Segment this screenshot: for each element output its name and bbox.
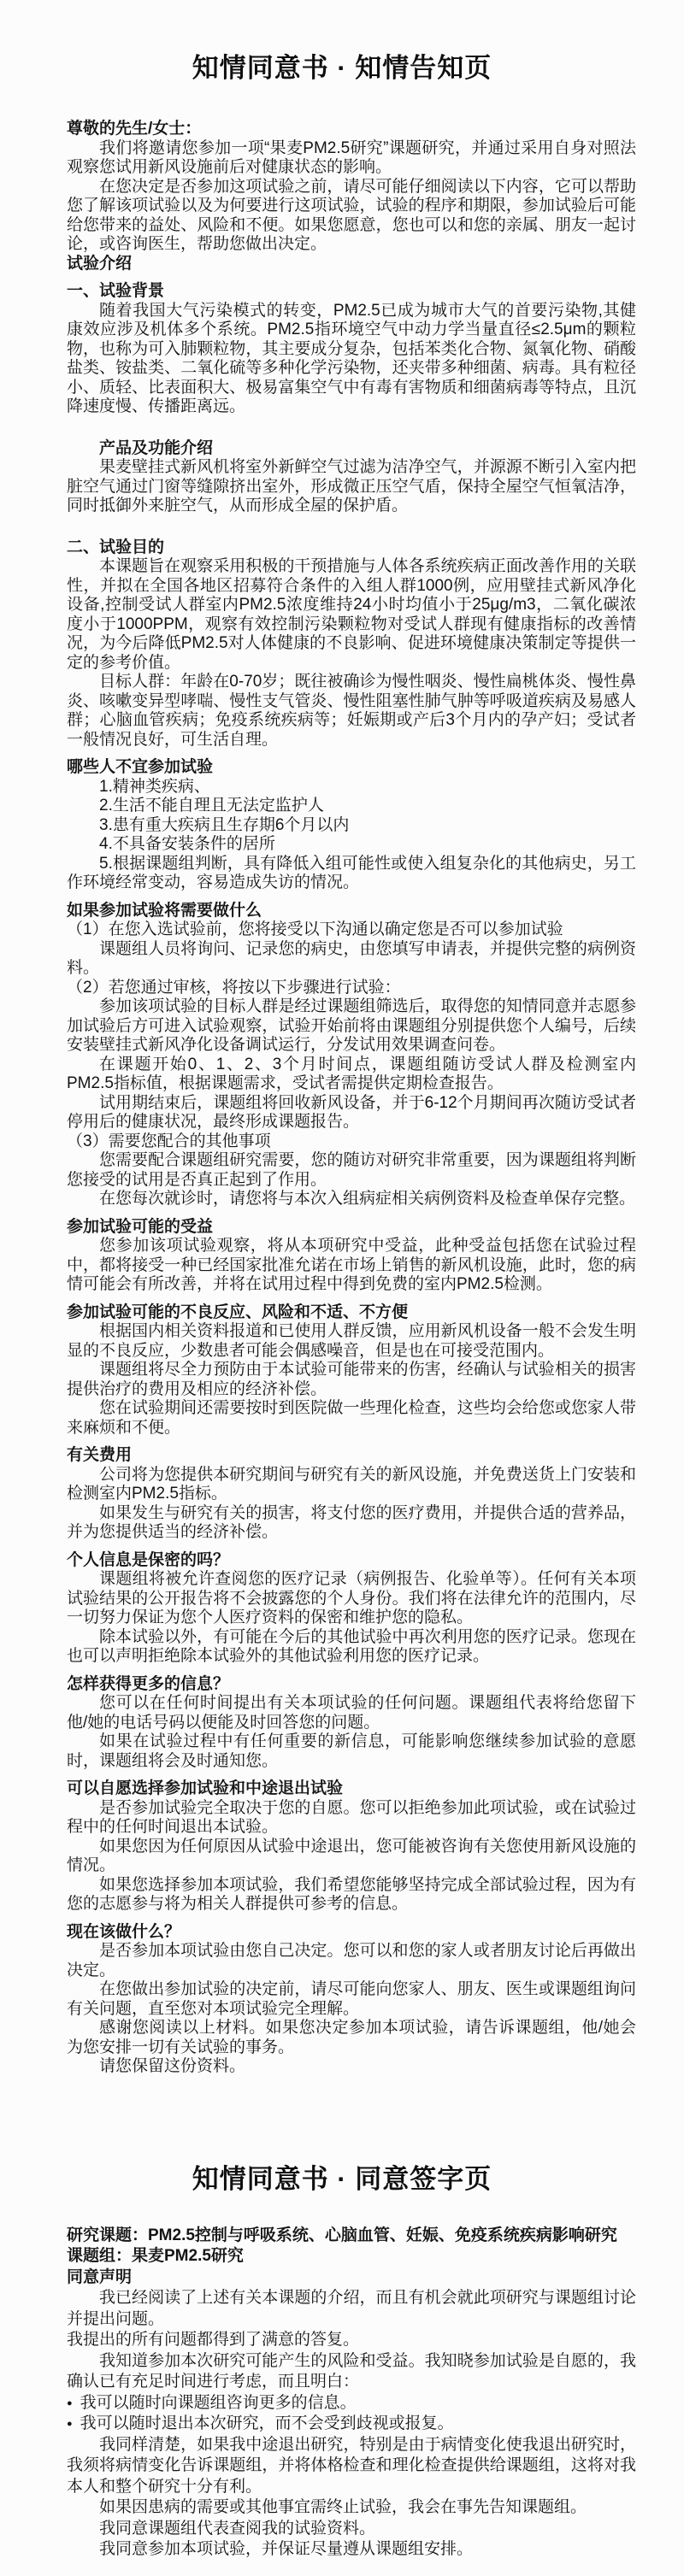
section-heading: 尊敬的先生/女士： bbox=[67, 120, 636, 139]
section-heading: 同意声明 bbox=[67, 2267, 636, 2289]
bullet-text: 我可以随时退出本次研究，而不会受到歧视或报复。 bbox=[80, 2414, 454, 2432]
paragraph: 本课题旨在观察采用积极的干预措施与人体各系统疾病正面改善作用的关联性，并拟在全国… bbox=[67, 557, 636, 673]
paragraph: 我已经阅读了上述有关本课题的介绍，而且有机会就此项研究与课题组讨论并提出问题。 bbox=[67, 2288, 636, 2330]
page1-title: 知情同意书 · 知情告知页 bbox=[0, 0, 684, 85]
section-heading: 二、试验目的 bbox=[67, 538, 636, 558]
paragraph: 试用期结束后，课题组将回收新风设备，并于6-12个月期间再次随访受试者停用后的健… bbox=[67, 1094, 636, 1132]
paragraph: 公司将为您提供本研究期间与研究有关的新风设施，并免费送货上门安装和检测室内PM2… bbox=[67, 1466, 636, 1504]
paragraph: 在您做出参加试验的决定前，请尽可能向您家人、朋友、医生或课题组询问有关问题，直至… bbox=[67, 1980, 636, 2019]
paragraph: 我知道参加本次研究可能产生的风险和受益。我知晓参加试验是自愿的，我确认已有充足时… bbox=[67, 2351, 636, 2393]
section-heading: 怎样获得更多的信息？ bbox=[67, 1675, 636, 1695]
section-heading: 有关费用 bbox=[67, 1446, 636, 1466]
paragraph: 2.生活不能自理且无法定监护人 bbox=[67, 797, 636, 816]
paragraph: 参加该项试验的目标人群是经过课题组筛选后，取得您的知情同意并志愿参加试验后方可进… bbox=[67, 997, 636, 1056]
paragraph: （2）若您通过审核，将按以下步骤进行试验： bbox=[67, 979, 636, 998]
paragraph: 随着我国大气污染模式的转变，PM2.5已成为城市大气的首要污染物,其健康效应涉及… bbox=[67, 302, 636, 417]
paragraph: 我同意参加本项试验，并保证尽量遵从课题组安排。 bbox=[67, 2539, 636, 2561]
paragraph: 是否参加本项试验由您自己决定。您可以和您的家人或者朋友讨论后再做出决定。 bbox=[67, 1942, 636, 1980]
paragraph: （3）需要您配合的其他事项 bbox=[67, 1132, 636, 1152]
paragraph: 是否参加试验完全取决于您的自愿。您可以拒绝参加此项试验，或在试验过程中的任何时间… bbox=[67, 1799, 636, 1838]
section-heading: 如果参加试验将需要做什么 bbox=[67, 902, 636, 921]
paragraph: 您需要配合课题组研究需要，您的随访对研究非常重要，因为课题组将判断您接受的试用是… bbox=[67, 1151, 636, 1190]
bullet-icon: ● bbox=[67, 2414, 73, 2435]
paragraph: 目标人群：年龄在0-70岁；既往被确诊为慢性咽炎、慢性扁桃体炎、慢性鼻炎、咳嗽变… bbox=[67, 673, 636, 750]
paragraph: 如果您因为任何原因从试验中途退出，您可能被咨询有关您使用新风设施的情况。 bbox=[67, 1838, 636, 1876]
section-heading: 研究课题：PM2.5控制与呼吸系统、心脑血管、妊娠、免疫系统疾病影响研究 bbox=[67, 2226, 636, 2247]
section-heading: 可以自愿选择参加试验和中途退出试验 bbox=[67, 1779, 636, 1799]
paragraph: 我提出的所有问题都得到了满意的答复。 bbox=[67, 2330, 636, 2351]
paragraph: 课题组将被允许查阅您的医疗记录（病例报告、化验单等）。任何有关本项试验结果的公开… bbox=[67, 1570, 636, 1628]
paragraph: 课题组将尽全力预防由于本试验可能带来的伤害，经确认与试验相关的损害提供治疗的费用… bbox=[67, 1361, 636, 1399]
paragraph: 如果在试验过程中有任何重要的新信息，可能影响您继续参加试验的意愿时，课题组将会及… bbox=[67, 1732, 636, 1771]
section-heading: 参加试验可能的受益 bbox=[67, 1218, 636, 1238]
section-heading: 试验介绍 bbox=[67, 255, 636, 274]
paragraph: （1）在您入选试验前，您将接受以下沟通以确定您是否可以参加试验 bbox=[67, 920, 636, 940]
paragraph: 课题组人员将询问、记录您的病史，由您填写申请表，并提供完整的病例资料。 bbox=[67, 940, 636, 979]
paragraph: 我同意课题组代表查阅我的试验资料。 bbox=[67, 2519, 636, 2540]
paragraph: 请您保留这份资料。 bbox=[67, 2057, 636, 2077]
bullet-icon: ● bbox=[67, 2393, 73, 2414]
paragraph: ●我可以随时向课题组咨询更多的信息。 bbox=[67, 2393, 636, 2414]
paragraph: 感谢您阅读以上材料。如果您决定参加本项试验，请告诉课题组，他/她会为您安排一切有… bbox=[67, 2019, 636, 2057]
paragraph: 3.患有重大疾病且生存期6个月以内 bbox=[67, 816, 636, 836]
paragraph: 在您每次就诊时，请您将与本次入组病症相关病例资料及检查单保存完整。 bbox=[67, 1190, 636, 1209]
paragraph: 在课题开始0、1、2、3个月时间点，课题组随访受试人群及检测室内PM2.5指标值… bbox=[67, 1056, 636, 1094]
page1-body: 尊敬的先生/女士：我们将邀请您参加一项“果麦PM2.5研究”课题研究，并通过采用… bbox=[0, 120, 684, 2077]
section-heading: 现在该做什么？ bbox=[67, 1923, 636, 1943]
paragraph: ●我可以随时退出本次研究，而不会受到歧视或报复。 bbox=[67, 2414, 636, 2435]
consent-document: 知情同意书 · 知情告知页 尊敬的先生/女士：我们将邀请您参加一项“果麦PM2.… bbox=[0, 0, 684, 2576]
paragraph: 如果您选择参加本项试验，我们希望您能够坚持完成全部试验过程，因为有您的志愿参与将… bbox=[67, 1876, 636, 1914]
section-heading: 个人信息是保密的吗？ bbox=[67, 1551, 636, 1571]
paragraph: 根据国内相关资料报道和已使用人群反馈，应用新风机设备一般不会发生明显的不良反应，… bbox=[67, 1322, 636, 1361]
paragraph: 如果发生与研究有关的损害，将支付您的医疗费用，并提供合适的营养品，并为您提供适当… bbox=[67, 1504, 636, 1543]
paragraph: 我同样清楚，如果我中途退出研究，特别是由于病情变化使我退出研究时，我须将病情变化… bbox=[67, 2435, 636, 2498]
paragraph: 5.根据课题组判断，具有降低入组可能性或使入组复杂化的其他病史，另工作环境经常变… bbox=[67, 855, 636, 893]
section-heading: 哪些人不宜参加试验 bbox=[67, 758, 636, 778]
paragraph: 我们将邀请您参加一项“果麦PM2.5研究”课题研究，并通过采用自身对照法观察您试… bbox=[67, 139, 636, 178]
section-heading: 课题组：果麦PM2.5研究 bbox=[67, 2246, 636, 2267]
paragraph: 1.精神类疾病、 bbox=[67, 778, 636, 797]
paragraph: 您在试验期间还需要按时到医院做一些理化检查，这些均会给您或您家人带来麻烦和不便。 bbox=[67, 1399, 636, 1438]
section-heading: 参加试验可能的不良反应、风险和不适、不方便 bbox=[67, 1303, 636, 1323]
paragraph: 除本试验以外，有可能在今后的其他试验中再次利用您的医疗记录。您现在也可以声明拒绝… bbox=[67, 1628, 636, 1667]
paragraph: 如果因患病的需要或其他事宜需终止试验，我会在事先告知课题组。 bbox=[67, 2497, 636, 2519]
paragraph: 在您决定是否参加这项试验之前，请尽可能仔细阅读以下内容，它可以帮助您了解该项试验… bbox=[67, 178, 636, 255]
page2-title: 知情同意书 · 同意签字页 bbox=[0, 2162, 684, 2197]
paragraph: 您参加该项试验观察，将从本项研究中受益，此种受益包括您在试验过程中，都将接受一种… bbox=[67, 1237, 636, 1295]
bullet-text: 我可以随时向课题组咨询更多的信息。 bbox=[80, 2394, 357, 2412]
section-heading: 产品及功能介绍 bbox=[67, 439, 636, 459]
paragraph: 果麦壁挂式新风机将室外新鲜空气过滤为洁净空气，并源源不断引入室内把脏空气通过门窗… bbox=[67, 458, 636, 516]
paragraph: 4.不具备安装条件的居所 bbox=[67, 835, 636, 855]
page2-body: 研究课题：PM2.5控制与呼吸系统、心脑血管、妊娠、免疫系统疾病影响研究课题组：… bbox=[0, 2226, 684, 2561]
section-heading: 一、试验背景 bbox=[67, 282, 636, 302]
paragraph: 您可以在任何时间提出有关本项试验的任何问题。课题组代表将给您留下他/她的电话号码… bbox=[67, 1694, 636, 1732]
